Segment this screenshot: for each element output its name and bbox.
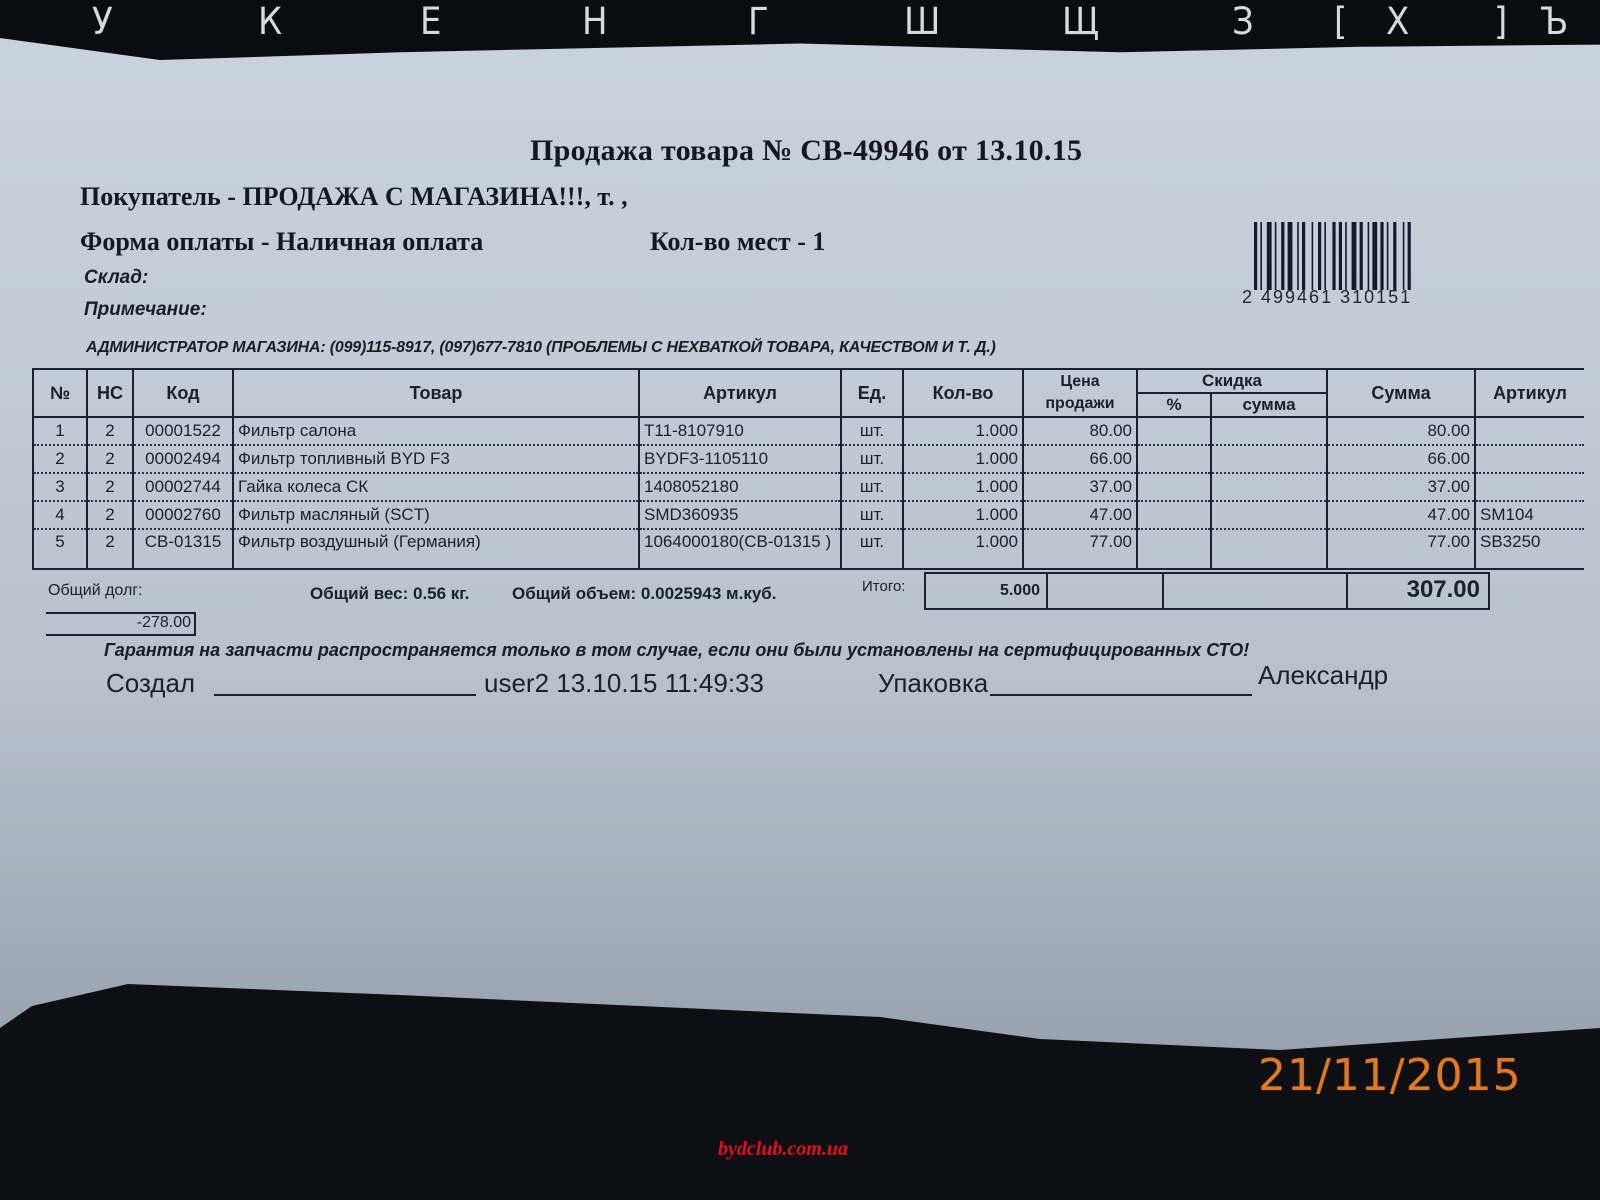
key-letter: Ъ xyxy=(1540,0,1568,44)
buyer-line: Покупатель - ПРОДАЖА С МАГАЗИНА!!!, т. , xyxy=(80,182,628,212)
header-discount-sum: сумма xyxy=(1211,393,1327,417)
cell-num: 1 xyxy=(33,417,87,445)
header-num: № xyxy=(33,369,87,417)
cell-ns: 2 xyxy=(87,529,133,569)
warehouse-label: Склад: xyxy=(84,267,148,289)
packer-name: Александр xyxy=(1258,660,1388,691)
debt-value: -278.00 xyxy=(46,612,196,636)
cell-code: 00002744 xyxy=(133,473,233,501)
table-row: 2200002494Фильтр топливный BYD F3BYDF3-1… xyxy=(33,445,1584,473)
key-letter: Щ xyxy=(1062,0,1099,44)
cell-num: 3 xyxy=(33,473,87,501)
cell-disc-sum xyxy=(1211,501,1327,529)
payment-form: Форма оплаты - Наличная оплата xyxy=(80,227,483,257)
key-letter: З xyxy=(1232,0,1254,44)
total-sum: 307.00 xyxy=(1346,572,1490,610)
cell-product: Фильтр воздушный (Германия) xyxy=(233,529,639,569)
total-qty: 5.000 xyxy=(924,572,1048,610)
table-row: 4200002760Фильтр масляный (SCT)SMD360935… xyxy=(33,501,1584,529)
note-label: Примечание: xyxy=(84,299,207,321)
key-letter: У xyxy=(92,0,113,44)
cell-article: 1408052180 xyxy=(639,473,841,501)
key-letter: Х xyxy=(1386,0,1409,44)
cell-num: 2 xyxy=(33,445,87,473)
cell-product: Фильтр салона xyxy=(233,417,639,445)
cell-price: 47.00 xyxy=(1023,501,1137,529)
places-count: Кол-во мест - 1 xyxy=(650,227,825,257)
cell-sum: 37.00 xyxy=(1327,473,1475,501)
cell-code: 00002494 xyxy=(133,445,233,473)
packing-label: Упаковка xyxy=(878,668,988,699)
key-letter: ] xyxy=(1494,0,1507,44)
cell-article2 xyxy=(1475,445,1584,473)
key-letter: [ xyxy=(1334,0,1347,44)
cell-sum: 66.00 xyxy=(1327,445,1475,473)
cell-ns: 2 xyxy=(87,473,133,501)
cell-code: СВ-01315 xyxy=(133,529,233,569)
cell-disc-pct xyxy=(1137,445,1211,473)
document-title: Продажа товара № СВ-49946 от 13.10.15 xyxy=(530,134,1082,168)
cell-article: T11-8107910 xyxy=(639,417,841,445)
cell-unit: шт. xyxy=(841,501,903,529)
cell-ns: 2 xyxy=(87,417,133,445)
key-letter: Г xyxy=(748,0,769,44)
key-letter: Ш xyxy=(904,0,940,44)
table-row: 3200002744Гайка колеса СК1408052180шт.1.… xyxy=(33,473,1584,501)
total-empty-price xyxy=(1046,572,1164,610)
site-watermark: bydclub.com.ua xyxy=(718,1138,848,1161)
total-volume: Общий объем: 0.0025943 м.куб. xyxy=(512,584,777,604)
cell-article: 1064000180(СВ-01315 ) xyxy=(639,529,841,569)
header-code: Код xyxy=(133,369,233,417)
header-price: Цена продажи xyxy=(1023,369,1137,417)
cell-unit: шт. xyxy=(841,445,903,473)
cell-code: 00001522 xyxy=(133,417,233,445)
cell-disc-pct xyxy=(1137,417,1211,445)
cell-unit: шт. xyxy=(841,417,903,445)
created-label: Создал xyxy=(106,668,195,699)
header-article: Артикул xyxy=(639,369,841,417)
cell-qty: 1.000 xyxy=(903,445,1023,473)
items-table: № НС Код Товар Артикул Ед. Кол-во Цена п… xyxy=(32,368,1584,570)
cell-disc-sum xyxy=(1211,417,1327,445)
header-sum: Сумма xyxy=(1327,369,1475,417)
cell-disc-sum xyxy=(1211,445,1327,473)
cell-product: Гайка колеса СК xyxy=(233,473,639,501)
cell-qty: 1.000 xyxy=(903,417,1023,445)
cell-article: BYDF3-1105110 xyxy=(639,445,841,473)
cell-sum: 77.00 xyxy=(1327,529,1475,569)
created-signature-line xyxy=(214,694,476,696)
cell-disc-pct xyxy=(1137,501,1211,529)
cell-disc-sum xyxy=(1211,473,1327,501)
total-weight: Общий вес: 0.56 кг. xyxy=(310,584,469,604)
cell-sum: 80.00 xyxy=(1327,417,1475,445)
header-qty: Кол-во xyxy=(903,369,1023,417)
total-empty-discount xyxy=(1162,572,1348,610)
admin-contact-line: АДМИНИСТРАТОР МАГАЗИНА: (099)115-8917, (… xyxy=(86,339,996,357)
header-unit: Ед. xyxy=(841,369,903,417)
cell-price: 37.00 xyxy=(1023,473,1137,501)
cell-disc-sum xyxy=(1211,529,1327,569)
barcode-number: 2 499461 310151 xyxy=(1242,287,1412,308)
header-discount-percent: % xyxy=(1137,393,1211,417)
key-letter: Н xyxy=(582,0,608,44)
cell-sum: 47.00 xyxy=(1327,501,1475,529)
cell-qty: 1.000 xyxy=(903,473,1023,501)
cell-article2: SB3250 xyxy=(1475,529,1584,569)
created-by: user2 13.10.15 11:49:33 xyxy=(484,668,764,699)
header-ns: НС xyxy=(87,369,133,417)
key-letter: К xyxy=(258,0,282,44)
key-letter: Е xyxy=(420,0,441,44)
cell-qty: 1.000 xyxy=(903,529,1023,569)
packing-signature-line xyxy=(990,694,1252,696)
cell-num: 4 xyxy=(33,501,87,529)
cell-price: 80.00 xyxy=(1023,417,1137,445)
cell-price: 66.00 xyxy=(1023,445,1137,473)
photo-date-stamp: 21/11/2015 xyxy=(1258,1050,1522,1101)
header-discount: Скидка xyxy=(1137,369,1327,393)
barcode-icon xyxy=(1254,222,1460,290)
header-product: Товар xyxy=(233,369,639,417)
cell-disc-pct xyxy=(1137,529,1211,569)
cell-price: 77.00 xyxy=(1023,529,1137,569)
table-row: 1200001522Фильтр салонаT11-8107910шт.1.0… xyxy=(33,417,1584,445)
guarantee-note: Гарантия на запчасти распространяется то… xyxy=(104,640,1249,661)
cell-unit: шт. xyxy=(841,473,903,501)
table-row: 52СВ-01315Фильтр воздушный (Германия)106… xyxy=(33,529,1584,569)
cell-article2: SM104 xyxy=(1475,501,1584,529)
cell-article2 xyxy=(1475,417,1584,445)
cell-code: 00002760 xyxy=(133,501,233,529)
cell-num: 5 xyxy=(33,529,87,569)
cell-article2 xyxy=(1475,473,1584,501)
cell-qty: 1.000 xyxy=(903,501,1023,529)
cell-disc-pct xyxy=(1137,473,1211,501)
cell-unit: шт. xyxy=(841,529,903,569)
total-label: Итого: xyxy=(862,578,905,595)
cell-product: Фильтр топливный BYD F3 xyxy=(233,445,639,473)
cell-article: SMD360935 xyxy=(639,501,841,529)
cell-ns: 2 xyxy=(87,445,133,473)
header-article-2: Артикул xyxy=(1475,369,1584,417)
debt-label: Общий долг: xyxy=(48,582,143,600)
cell-product: Фильтр масляный (SCT) xyxy=(233,501,639,529)
cell-ns: 2 xyxy=(87,501,133,529)
